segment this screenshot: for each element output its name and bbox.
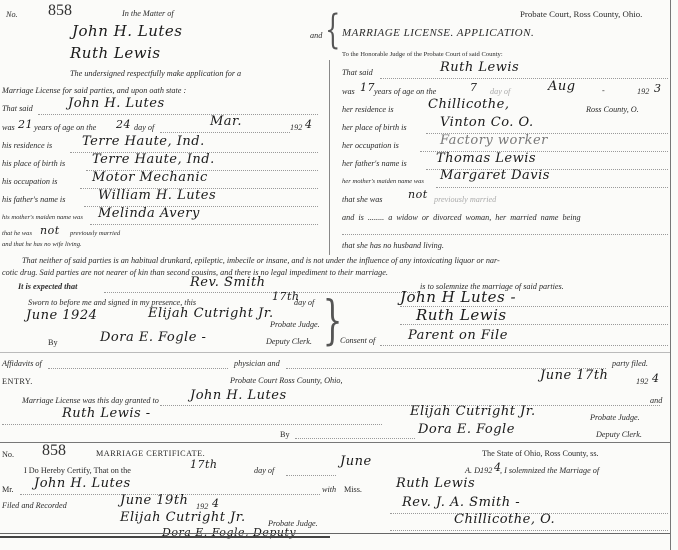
was-label: was: [2, 123, 15, 132]
entry-bride: Ruth Lewis -: [62, 406, 151, 421]
sworn-month-year: June 1924: [26, 308, 97, 323]
residence-county: Ross County, O.: [586, 105, 639, 114]
prev-married-label-bride: that she was: [342, 195, 383, 204]
expected-label: It is expected that: [18, 282, 77, 291]
groom-mother: Melinda Avery: [98, 206, 200, 221]
years-label: years of age on the: [34, 123, 96, 132]
year-suffix-bride: 3: [654, 82, 662, 95]
bride-mother: Margaret Davis: [440, 168, 550, 183]
consent-value: Parent on File: [408, 328, 508, 343]
officiant: Rev. Smith: [190, 275, 266, 290]
miss-label: Miss.: [344, 485, 362, 494]
entry-probate-judge-label: Probate Judge.: [590, 413, 640, 422]
page-edge: [670, 0, 671, 550]
residence-label-bride: her residence is: [342, 105, 394, 114]
prev-married-label: that he was: [2, 230, 32, 237]
day-of-label: day of: [134, 123, 154, 132]
entry-clerk-signature: Dora E. Fogle: [418, 422, 515, 437]
clerk-signature: Dora E. Fogle -: [100, 330, 206, 345]
entry-and-label: and: [650, 396, 662, 405]
bride-prev-married: not: [408, 188, 428, 201]
occupation-label: his occupation is: [2, 177, 58, 186]
day-of-label-bride: day of: [490, 87, 510, 96]
groom-name-field: John H. Lutes: [68, 96, 165, 111]
filed-label: Filed and Recorded: [2, 501, 67, 510]
entry-year-prefix: 192: [636, 377, 648, 386]
and-label: and: [310, 31, 322, 40]
dash: -: [602, 86, 605, 95]
no-wife-living: and that he has no wife living.: [2, 241, 82, 248]
in-the-matter-of: In the Matter of: [122, 9, 174, 18]
groom-day: 24: [116, 118, 131, 131]
cert-judge-signature: Elijah Cutright Jr.: [120, 510, 246, 525]
filed-date: June 19th: [120, 493, 188, 508]
entry-year-suffix: 4: [652, 372, 660, 385]
affidavits-label: Affidavits of: [2, 359, 42, 368]
cert-bride: Ruth Lewis: [396, 476, 475, 491]
entry-by-label: By: [280, 430, 290, 439]
cert-number: 858: [42, 442, 66, 460]
was-label-bride: was: [342, 87, 355, 96]
bride-signature: Ruth Lewis: [416, 306, 507, 324]
mother-label: his mother's maiden name was: [2, 214, 83, 221]
application-intro-1: The undersigned respectfully make applic…: [70, 69, 241, 78]
form-title: MARRIAGE LICENSE. APPLICATION.: [342, 27, 534, 39]
year-prefix: 192: [290, 123, 302, 132]
certify-label: I Do Hereby Certify, That on the: [24, 466, 131, 475]
groom-month: Mar.: [210, 114, 242, 129]
groom-prev-married: not: [40, 224, 60, 237]
column-divider: [329, 60, 330, 255]
application-intro-2: Marriage License for said parties, and u…: [2, 86, 186, 95]
groom-name: John H. Lutes: [72, 22, 182, 40]
deputy-clerk-label: Deputy Clerk.: [266, 337, 312, 346]
consent-label: Consent of: [340, 336, 375, 345]
to-judge: To the Honorable Judge of the Probate Co…: [342, 51, 503, 58]
bride-day: 7: [470, 81, 478, 94]
entry-label: ENTRY.: [2, 377, 33, 386]
groom-signature: John H Lutes -: [400, 288, 516, 306]
by-label: By: [48, 338, 58, 347]
bride-residence: Chillicothe,: [428, 97, 509, 112]
widow-line: and is ........ a widow or divorced woma…: [342, 213, 581, 222]
cert-title: MARRIAGE CERTIFICATE.: [96, 449, 205, 458]
marriage-license-document: No. 858 In the Matter of Probate Court, …: [0, 0, 678, 550]
years-label-bride: years of age on the: [374, 87, 436, 96]
entry-court: Probate Court Ross County, Ohio,: [230, 376, 343, 385]
filed-year-suffix: 4: [212, 497, 220, 510]
bride-father: Thomas Lewis: [436, 151, 536, 166]
groom-occupation: Motor Mechanic: [92, 170, 208, 185]
prev-married-label-2: previously married: [70, 230, 120, 237]
bride-birthplace: Vinton Co. O.: [440, 115, 534, 130]
cert-year-prefix: 192: [480, 466, 492, 475]
year-prefix-bride: 192: [637, 87, 649, 96]
occupation-label-bride: her occupation is: [342, 141, 399, 150]
residence-label: his residence is: [2, 141, 52, 150]
brace-icon: {: [325, 10, 340, 50]
no-label: No.: [6, 10, 18, 19]
bride-month: Aug: [548, 79, 576, 94]
solemnized-label: , I solemnized the Marriage of: [500, 466, 599, 475]
father-label: his father's name is: [2, 195, 65, 204]
mother-label-bride: her mother's maiden name was: [342, 178, 424, 185]
cert-no-label: No.: [2, 450, 14, 459]
license-number: 858: [48, 2, 72, 20]
entry-deputy-clerk-label: Deputy Clerk.: [596, 430, 642, 439]
sworn-day-of: day of: [294, 298, 314, 307]
with-label: with: [322, 485, 336, 494]
groom-residence: Terre Haute, Ind.: [82, 134, 205, 149]
probate-judge-label: Probate Judge.: [270, 320, 320, 329]
court-header: Probate Court, Ross County, Ohio.: [520, 9, 642, 19]
judge-signature: Elijah Cutright Jr.: [148, 306, 274, 321]
cert-month: June: [340, 454, 372, 469]
entry-groom: John H. Lutes: [190, 388, 287, 403]
cert-groom: John H. Lutes: [34, 476, 131, 491]
granted-label: Marriage License was this day granted to: [22, 396, 159, 405]
that-said-label: That said: [2, 104, 33, 113]
party-filed-label: party filed.: [612, 359, 648, 368]
groom-father: William H. Lutes: [98, 188, 216, 203]
year-suffix: 4: [305, 118, 313, 131]
bride-name-field: Ruth Lewis: [440, 60, 519, 75]
birthplace-label-bride: her place of birth is: [342, 123, 407, 132]
bride-occupation: Factory worker: [440, 133, 548, 148]
birthplace-label: his place of birth is: [2, 159, 65, 168]
declaration-line-1: That neither of said parties is an habit…: [22, 256, 500, 265]
cert-day-of: day of: [254, 466, 274, 475]
groom-birthplace: Terre Haute, Ind.: [92, 152, 215, 167]
physician-label: physician and: [234, 359, 280, 368]
prev-married-label-2-bride: previously married: [434, 195, 496, 204]
bride-age: 17: [360, 81, 375, 94]
entry-judge-signature: Elijah Cutright Jr.: [410, 404, 536, 419]
father-label-bride: her father's name is: [342, 159, 407, 168]
groom-age: 21: [18, 118, 33, 131]
entry-date: June 17th: [540, 368, 608, 383]
no-husband-living: that she has no husband living.: [342, 241, 444, 250]
that-said-label-bride: That said: [342, 68, 373, 77]
minister-signature: Rev. J. A. Smith -: [402, 495, 520, 510]
cert-state: The State of Ohio, Ross County, ss.: [482, 449, 599, 458]
mr-label: Mr.: [2, 485, 14, 494]
cert-day: 17th: [190, 458, 218, 471]
minister-location: Chillicothe, O.: [454, 512, 555, 527]
bride-name: Ruth Lewis: [70, 44, 161, 62]
